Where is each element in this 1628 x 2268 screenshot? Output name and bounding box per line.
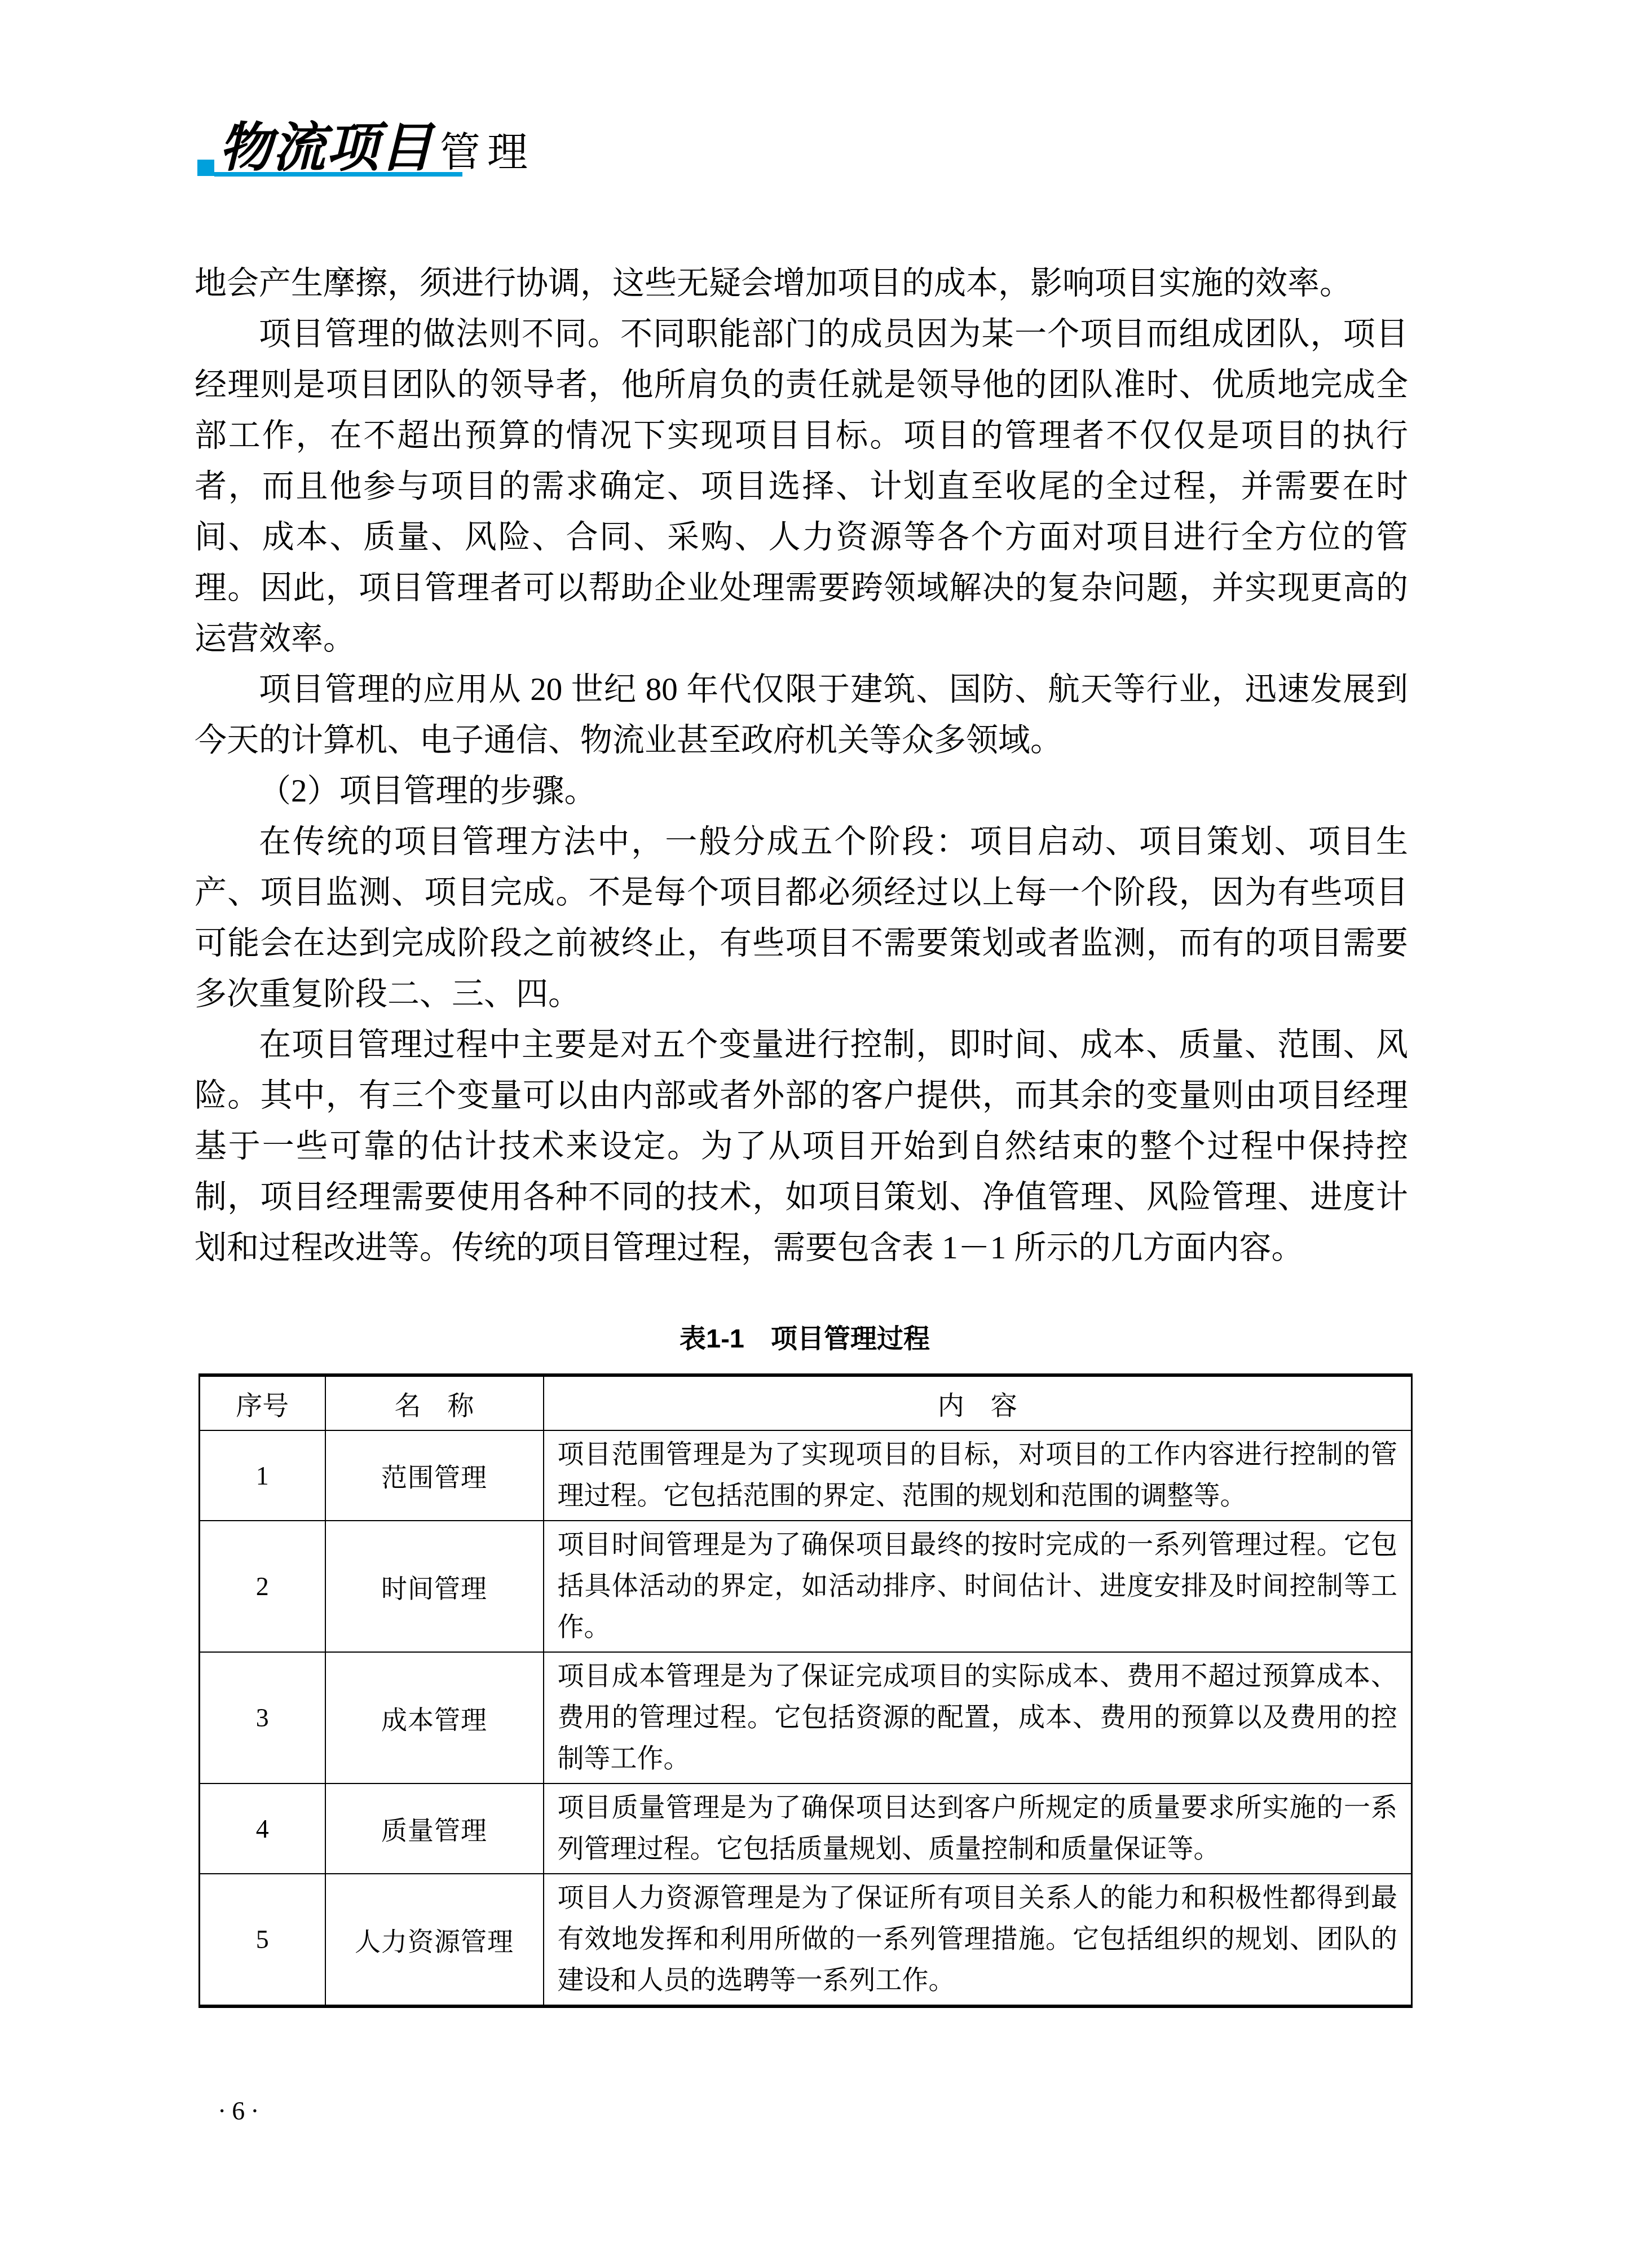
row-no: 3 — [200, 1652, 325, 1783]
paragraph: 项目管理的做法则不同。不同职能部门的成员因为某一个项目而组成团队，项目经理则是项… — [195, 309, 1408, 664]
column-header-name: 名 称 — [325, 1375, 544, 1430]
row-name: 质量管理 — [325, 1783, 544, 1874]
row-no: 4 — [200, 1783, 325, 1874]
column-header-no: 序号 — [200, 1375, 325, 1430]
table-row: 3 成本管理 项目成本管理是为了保证完成项目的实际成本、费用不超过预算成本、费用… — [200, 1652, 1412, 1783]
logo-accent-square — [197, 160, 214, 176]
page-number: ·6· — [218, 2096, 265, 2126]
paragraph: 项目管理的应用从 20 世纪 80 年代仅限于建筑、国防、航天等行业，迅速发展到… — [195, 664, 1408, 766]
row-no: 2 — [200, 1521, 325, 1652]
row-content: 项目范围管理是为了实现项目的目标，对项目的工作内容进行控制的管理过程。它包括范围… — [544, 1430, 1412, 1521]
row-content: 项目质量管理是为了确保项目达到客户所规定的质量要求所实施的一系列管理过程。它包括… — [544, 1783, 1412, 1874]
table-header-row: 序号 名 称 内 容 — [200, 1375, 1412, 1430]
body-text-block: 地会产生摩擦，须进行协调，这些无疑会增加项目的成本，影响项目实施的效率。 项目管… — [195, 258, 1408, 1274]
table-caption: 表1-1 项目管理过程 — [198, 1324, 1411, 1353]
row-name: 成本管理 — [325, 1652, 544, 1783]
row-name: 范围管理 — [325, 1430, 544, 1521]
paragraph: （2）项目管理的步骤。 — [195, 766, 1408, 817]
paragraph: 在传统的项目管理方法中，一般分成五个阶段：项目启动、项目策划、项目生产、项目监测… — [195, 817, 1408, 1020]
table-row: 2 时间管理 项目时间管理是为了确保项目最终的按时完成的一系列管理过程。它包括具… — [200, 1521, 1412, 1652]
project-management-process-table: 序号 名 称 内 容 1 范围管理 项目范围管理是为了实现项目的目标，对项目的工… — [198, 1373, 1413, 2008]
table-row: 1 范围管理 项目范围管理是为了实现项目的目标，对项目的工作内容进行控制的管理过… — [200, 1430, 1412, 1521]
logo-script-text: 物流项目 — [219, 121, 433, 175]
row-no: 1 — [200, 1430, 325, 1521]
table-row: 4 质量管理 项目质量管理是为了确保项目达到客户所规定的质量要求所实施的一系列管… — [200, 1783, 1412, 1874]
book-page: 物流项目 管理 地会产生摩擦，须进行协调，这些无疑会增加项目的成本，影响项目实施… — [0, 0, 1628, 2268]
paragraph: 在项目管理过程中主要是对五个变量进行控制，即时间、成本、质量、范围、风险。其中，… — [195, 1020, 1408, 1274]
row-name: 人力资源管理 — [325, 1874, 544, 2006]
paragraph: 地会产生摩擦，须进行协调，这些无疑会增加项目的成本，影响项目实施的效率。 — [195, 258, 1408, 309]
row-no: 5 — [200, 1874, 325, 2006]
table-row: 5 人力资源管理 项目人力资源管理是为了保证所有项目关系人的能力和积极性都得到最… — [200, 1874, 1412, 2006]
book-header-logo: 物流项目 管理 — [219, 116, 535, 175]
column-header-content: 内 容 — [544, 1375, 1412, 1430]
logo-regular-text: 管理 — [440, 130, 535, 175]
row-content: 项目成本管理是为了保证完成项目的实际成本、费用不超过预算成本、费用的管理过程。它… — [544, 1652, 1412, 1783]
row-content: 项目人力资源管理是为了保证所有项目关系人的能力和积极性都得到最有效地发挥和利用所… — [544, 1874, 1412, 2006]
row-name: 时间管理 — [325, 1521, 544, 1652]
row-content: 项目时间管理是为了确保项目最终的按时完成的一系列管理过程。它包括具体活动的界定，… — [544, 1521, 1412, 1652]
